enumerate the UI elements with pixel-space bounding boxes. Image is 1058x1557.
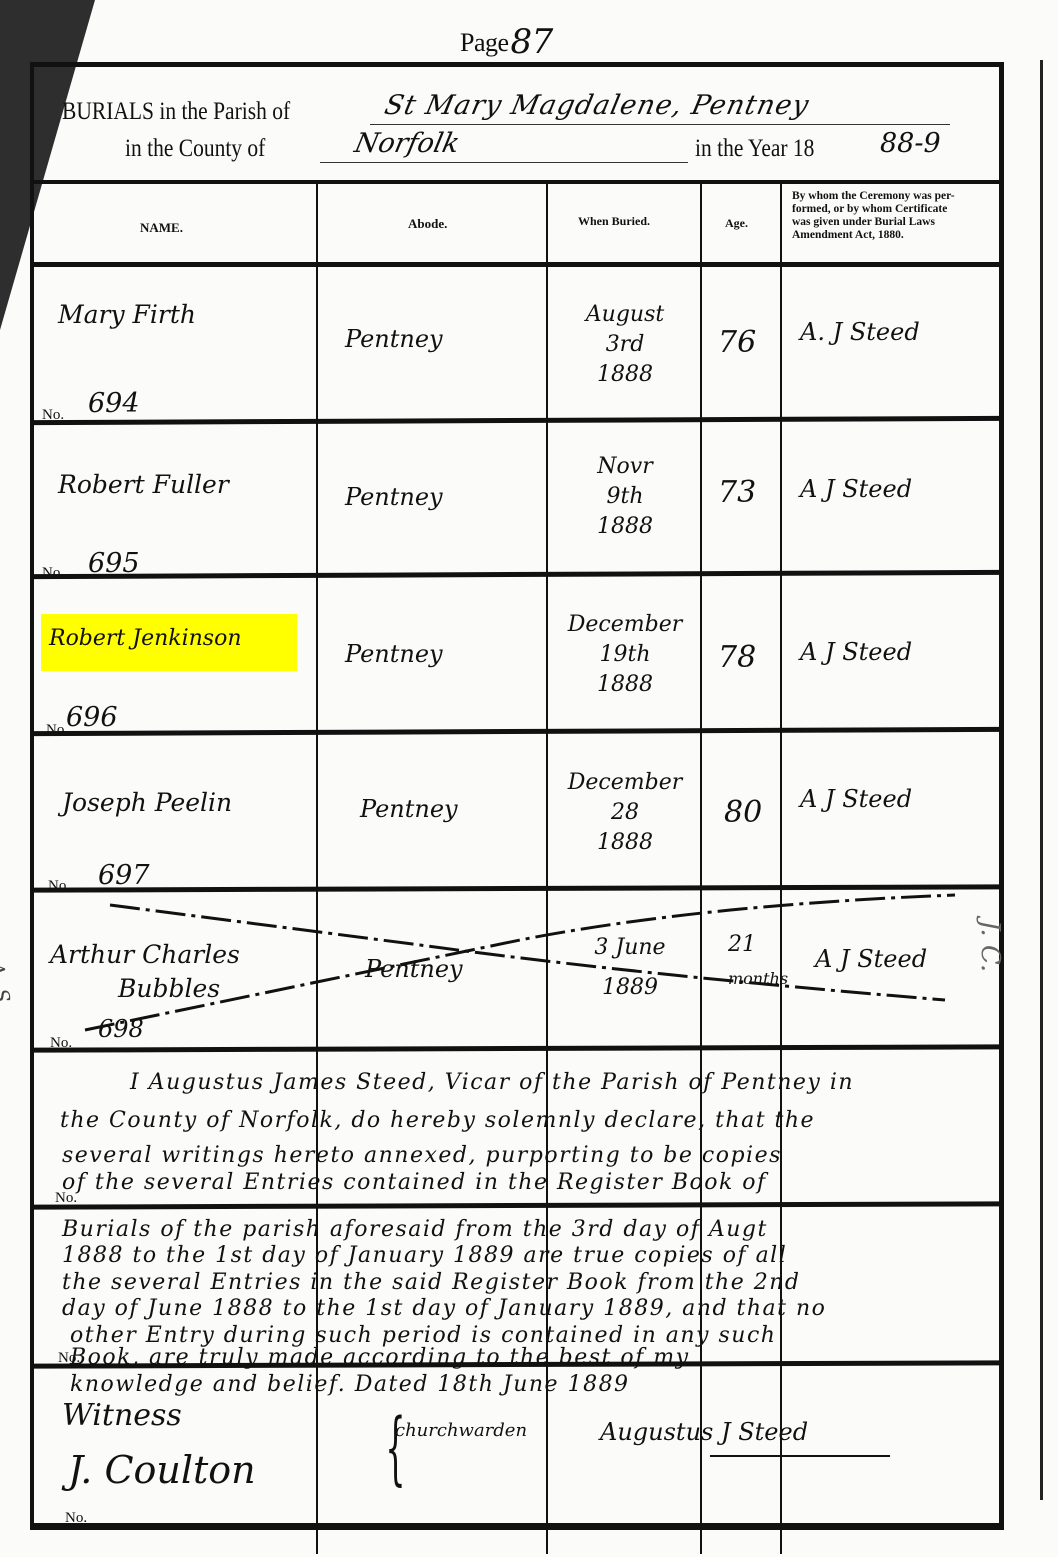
entry-officiant: A. J Steed: [800, 318, 920, 346]
entry-name: Arthur Charles Bubbles: [50, 938, 240, 1006]
entry-name: Robert Fuller: [58, 470, 229, 499]
entry-number: 697: [98, 860, 150, 891]
entry-no-label: No.: [46, 722, 68, 739]
header-bottom-rule: [30, 262, 1000, 267]
declaration-line: the several Entries in the said Register…: [62, 1270, 800, 1295]
entry-name: Joseph Peelin: [62, 788, 232, 817]
witness-signature: J. Coulton: [68, 1448, 256, 1492]
entry-date: December 19th 1888: [555, 610, 695, 700]
entry-officiant: A J Steed: [815, 945, 927, 973]
declaration-line: of the several Entries contained in the …: [62, 1170, 767, 1195]
county-fill-line: [320, 162, 688, 163]
date-year: 1888: [555, 670, 695, 700]
entry-abode: Pentney: [345, 325, 443, 353]
officiant-header-line: was given under Burial Laws: [792, 216, 992, 229]
date-year: 1888: [555, 512, 695, 542]
column-header-when-buried: When Buried.: [578, 214, 650, 229]
declaration-line: day of June 1888 to the 1st day of Janua…: [62, 1296, 826, 1321]
signature-underline: [710, 1455, 890, 1457]
entry-no-label: No.: [42, 565, 64, 582]
declaration-line: 1888 to the 1st day of January 1889 are …: [62, 1243, 787, 1268]
entry-name: Mary Firth: [58, 300, 196, 329]
date-day: 19th: [555, 640, 695, 670]
entry-name-line: Bubbles: [50, 972, 240, 1006]
entry-name-highlight: Robert Jenkinson: [41, 614, 297, 671]
entry-abode: Pentney: [365, 955, 463, 983]
column-header-officiant: By whom the Ceremony was per- formed, or…: [792, 190, 992, 242]
date-month: December: [555, 610, 695, 640]
right-margin-note: J. C.: [975, 920, 1005, 972]
age-unit: months: [728, 962, 788, 996]
date-month: December: [555, 768, 695, 798]
column-divider: [700, 184, 702, 1554]
entry-age: 73: [718, 475, 756, 510]
entry-number: 696: [66, 702, 118, 733]
officiant-header-line: Amendment Act, 1880.: [792, 229, 992, 242]
entry-abode: Pentney: [345, 640, 443, 668]
declaration-line: Book, are truly made according to the be…: [70, 1345, 690, 1370]
entry-age: 78: [718, 640, 756, 675]
year-value: 88-9: [880, 128, 941, 159]
parish-fill-line: [370, 124, 950, 125]
date-year: 1888: [555, 360, 695, 390]
declaration-line: several writings hereto annexed, purport…: [62, 1143, 782, 1168]
date-day: 3rd: [555, 330, 695, 360]
entry-abode: Pentney: [345, 483, 443, 511]
entry-date: 3 June 1889: [560, 928, 700, 1008]
date-day: 28: [555, 798, 695, 828]
column-header-age: Age.: [725, 216, 748, 231]
entry-no-label: No.: [48, 878, 70, 895]
officiant-header-line: By whom the Ceremony was per-: [792, 190, 992, 203]
row-no-label: No.: [58, 1350, 80, 1367]
entry-name-line: Arthur Charles: [50, 938, 240, 972]
age-value: 21: [728, 928, 788, 962]
officiant-header-line: formed, or by whom Certificate: [792, 203, 992, 216]
county-value: Norfolk: [352, 128, 463, 159]
entry-officiant: A J Steed: [800, 638, 912, 666]
entry-date: December 28 1888: [555, 768, 695, 858]
page-number: Page87: [460, 20, 553, 60]
date-month: August: [555, 300, 695, 330]
date-day-month: 3 June: [560, 928, 700, 968]
signer-signature: Augustus J Steed: [600, 1418, 808, 1446]
date-year: 1888: [555, 828, 695, 858]
entry-name: Robert Jenkinson: [41, 614, 297, 671]
entry-number: 695: [88, 548, 140, 579]
register-title: BURIALS in the Parish of: [62, 98, 290, 126]
page-number-value: 87: [511, 22, 553, 62]
page-edge-line: [1040, 60, 1043, 1500]
date-year: 1889: [560, 968, 700, 1008]
parish-value: St Mary Magdalene, Pentney: [382, 90, 812, 121]
entry-age: 21 months: [728, 928, 788, 996]
entry-officiant: A J Steed: [800, 785, 912, 813]
witness-label: Witness: [62, 1398, 182, 1433]
column-header-name: NAME.: [140, 220, 183, 236]
declaration-line: I Augustus James Steed, Vicar of the Par…: [130, 1070, 854, 1095]
entry-number: 698: [98, 1015, 144, 1043]
declaration-line: the County of Norfolk, do hereby solemnl…: [60, 1108, 815, 1133]
entry-no-label: No.: [42, 407, 64, 424]
declaration-line: Burials of the parish aforesaid from the…: [62, 1217, 768, 1242]
column-header-abode: Abode.: [408, 216, 447, 232]
row-no-label: No.: [65, 1510, 87, 1527]
page-label: Page: [460, 28, 509, 57]
entry-date: Novr 9th 1888: [555, 452, 695, 542]
county-label: in the County of: [125, 135, 265, 163]
row-no-label: No.: [55, 1190, 77, 1207]
header-top-rule: [30, 180, 1000, 184]
form-bottom-rule: [34, 1523, 1000, 1528]
year-label: in the Year 18: [695, 135, 814, 163]
entry-age: 80: [724, 795, 762, 830]
entry-no-label: No.: [50, 1035, 72, 1052]
entry-date: August 3rd 1888: [555, 300, 695, 390]
entry-abode: Pentney: [360, 795, 458, 823]
column-divider: [780, 184, 782, 1554]
entry-number: 694: [88, 388, 140, 419]
entry-age: 76: [718, 325, 756, 360]
date-month: Novr: [555, 452, 695, 482]
entry-officiant: A J Steed: [800, 475, 912, 503]
left-margin-note: A. S.: [0, 960, 16, 1010]
declaration-line: knowledge and belief. Dated 18th June 18…: [70, 1372, 630, 1397]
date-day: 9th: [555, 482, 695, 512]
witness-role: churchwarden: [395, 1420, 527, 1441]
